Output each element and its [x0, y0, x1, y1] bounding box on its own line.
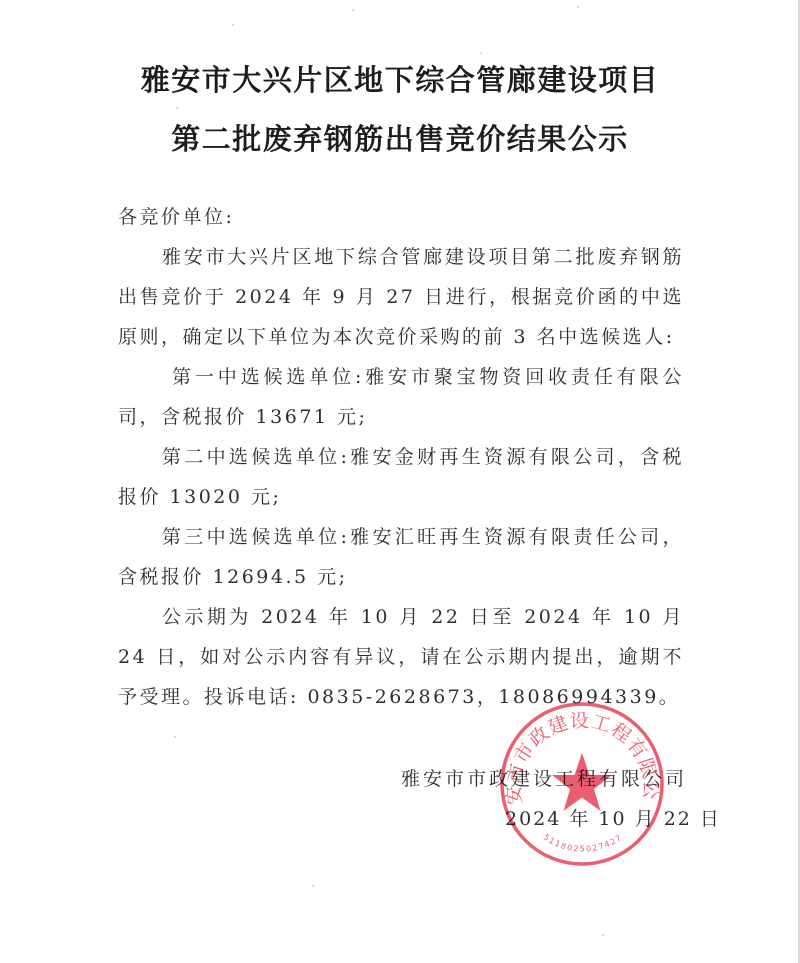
scan-speck [602, 934, 604, 936]
candidate-3-company: 雅安汇旺再生资源有限责任公司， [349, 526, 684, 548]
candidate-3: 第三中选候选单位:雅安汇旺再生资源有限责任公司，含税报价 12694.5 元; [118, 517, 684, 597]
salutation: 各竞价单位: [118, 197, 684, 237]
svg-text:5118025027427: 5118025027427 [542, 832, 624, 853]
candidate-1-rank: 第一中选候选单位: [172, 366, 364, 388]
document-page: 雅安市大兴片区地下综合管廊建设项目 第二批废弃钢筋出售竞价结果公示 各竞价单位:… [0, 0, 800, 963]
intro-paragraph: 雅安市大兴片区地下综合管廊建设项目第二批废弃钢筋出售竞价于 2024 年 9 月… [118, 237, 684, 357]
official-seal-icon: 雅安市市政建设工程有限公司 5118025027427 [499, 701, 665, 867]
seal-code: 5118025027427 [542, 832, 624, 853]
candidate-2-company: 雅安金财再生资源有限公司， [349, 446, 640, 468]
candidate-1-price: 含税报价 13671 元; [161, 406, 367, 428]
scan-speck [312, 885, 314, 887]
document-title-line-2: 第二批废弃钢筋出售竞价结果公示 [0, 117, 800, 158]
publicity-paragraph: 公示期为 2024 年 10 月 22 日至 2024 年 10 月 24 日，… [118, 597, 684, 717]
candidate-2-rank: 第二中选候选单位: [162, 446, 349, 468]
candidate-3-price: 含税报价 12694.5 元; [118, 566, 348, 588]
scan-speck [480, 52, 482, 54]
scan-speck [174, 736, 176, 738]
candidate-1: 第一中选候选单位:雅安市聚宝物资回收责任有限公司，含税报价 13671 元; [118, 357, 684, 437]
scan-speck [577, 6, 579, 8]
scan-speck [176, 107, 178, 109]
scan-speck [232, 24, 234, 26]
document-body: 雅安市大兴片区地下综合管廊建设项目第二批废弃钢筋出售竞价于 2024 年 9 月… [118, 237, 684, 717]
document-title-line-1: 雅安市大兴片区地下综合管廊建设项目 [0, 58, 800, 99]
candidate-2: 第二中选候选单位:雅安金财再生资源有限公司，含税报价 13020 元; [118, 437, 684, 517]
candidate-3-rank: 第三中选候选单位: [162, 526, 349, 548]
scan-speck [352, 9, 354, 11]
